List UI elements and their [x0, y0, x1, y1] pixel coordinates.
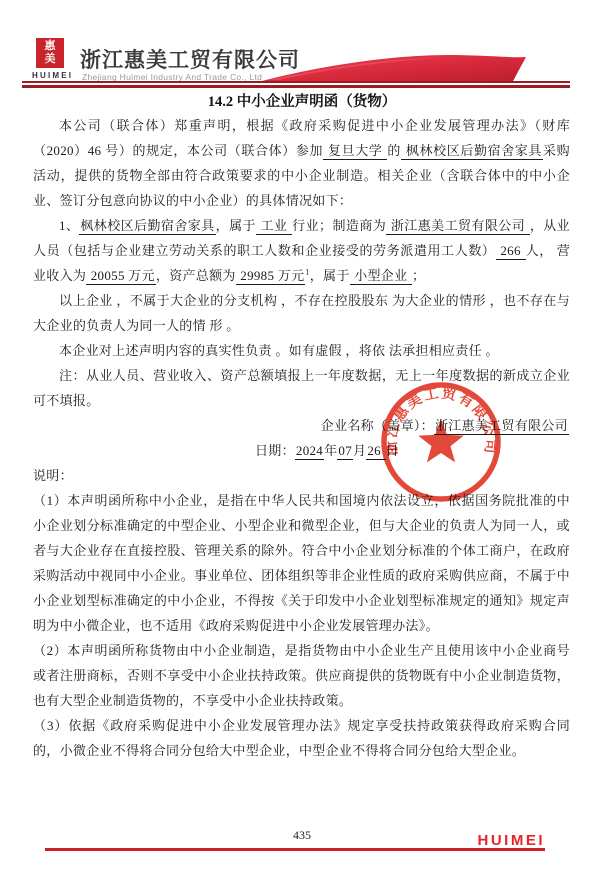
footer-rule	[45, 848, 545, 851]
filled-field: 浙江惠美工贸有限公司	[386, 218, 530, 235]
text-run: 注：从业人员、营业收入、资产总额填报上一年度数据，无上一年度数据的新成立企业可不…	[33, 368, 570, 408]
text-run: ，资产总额为	[156, 268, 236, 283]
filled-field: 枫林校区后勤宿舍家具	[401, 143, 543, 160]
text-run: 日	[386, 443, 399, 458]
document-body: 本公司（联合体）郑重声明，根据《政府采购促进中小企业发展管理办法》（财库（202…	[33, 113, 570, 763]
company-logo-mark: 惠美	[36, 38, 64, 68]
filled-field: 2024	[295, 443, 324, 460]
text-run: （3）依据《政府采购促进中小企业发展管理办法》规定享受扶持政策获得政府采购合同的…	[33, 718, 570, 758]
text-run: 月	[353, 443, 366, 458]
text-run: 年	[324, 443, 337, 458]
paragraph: 1、枫林校区后勤宿舍家具，属于 工业 行业；制造商为 浙江惠美工贸有限公司 ，从…	[33, 213, 570, 288]
paragraph: 日期：2024年07月26 日	[33, 438, 570, 463]
text-run: ，属于	[216, 218, 256, 233]
header-rule-bottom	[22, 85, 570, 88]
header-rule-top	[22, 81, 570, 83]
paragraph: 本公司（联合体）郑重声明，根据《政府采购促进中小企业发展管理办法》（财库（202…	[33, 113, 570, 213]
filled-field: 20055 万元	[86, 268, 156, 285]
paragraph: （1）本声明函所称中小企业，是指在中华人民共和国境内依法设立，依据国务院批准的中…	[33, 488, 570, 638]
footer-logo: HUIMEI	[478, 832, 546, 849]
filled-field: 复旦大学	[323, 143, 387, 160]
filled-field: 29985 万元	[236, 268, 306, 285]
filled-field: 小型企业	[350, 268, 412, 285]
text-run: （2）本声明函所称货物由中小企业制造，是指货物由中小企业生产且使用该中小企业商号…	[33, 643, 570, 708]
text-run: ，属于	[310, 268, 350, 283]
filled-field: 浙江惠美工贸有限公司	[434, 418, 569, 435]
filled-field: 266	[496, 243, 526, 260]
text-run: ；	[412, 268, 425, 283]
text-run: 1、	[59, 218, 79, 233]
page-title: 14.2 中小企业声明函（货物）	[0, 90, 604, 111]
paragraph: 企业名称（盖章）：浙江惠美工贸有限公司	[33, 413, 570, 438]
paragraph: （2）本声明函所称货物由中小企业制造，是指货物由中小企业生产且使用该中小企业商号…	[33, 638, 570, 713]
paragraph: （3）依据《政府采购促进中小企业发展管理办法》规定享受扶持政策获得政府采购合同的…	[33, 713, 570, 763]
text-run: 说明：	[33, 468, 73, 483]
text-run: 的	[387, 143, 401, 158]
text-run: 企业名称（盖章）：	[321, 418, 434, 433]
paragraph: 以上企业 ，不属于大企业的分支机构 ，不存在控股股东 为大企业的情形 ，也不存在…	[33, 288, 570, 338]
text-run: 以上企业 ，不属于大企业的分支机构 ，不存在控股股东 为大企业的情形 ，也不存在…	[33, 293, 570, 333]
text-run: 日期：	[255, 443, 295, 458]
filled-field: 工业	[256, 218, 292, 235]
text-run: （1）本声明函所称中小企业，是指在中华人民共和国境内依法设立，依据国务院批准的中…	[33, 493, 570, 633]
filled-field: 26	[366, 443, 385, 460]
paragraph: 本企业对上述声明内容的真实性负责 。如有虚假 ，将依 法承担相应责任 。	[33, 338, 570, 363]
paragraph: 说明：	[33, 463, 570, 488]
filled-field: 07	[337, 443, 353, 460]
document-page: 惠美 HUIMEI 浙江惠美工贸有限公司 Zhejiang Huimei Ind…	[0, 0, 604, 885]
text-run: 本企业对上述声明内容的真实性负责 。如有虚假 ，将依 法承担相应责任 。	[59, 343, 499, 358]
text-run: 行业；制造商为	[292, 218, 386, 233]
filled-field: 枫林校区后勤宿舍家具	[79, 218, 215, 235]
paragraph: 注：从业人员、营业收入、资产总额填报上一年度数据，无上一年度数据的新成立企业可不…	[33, 363, 570, 413]
header-swoosh-graphic	[262, 54, 526, 83]
